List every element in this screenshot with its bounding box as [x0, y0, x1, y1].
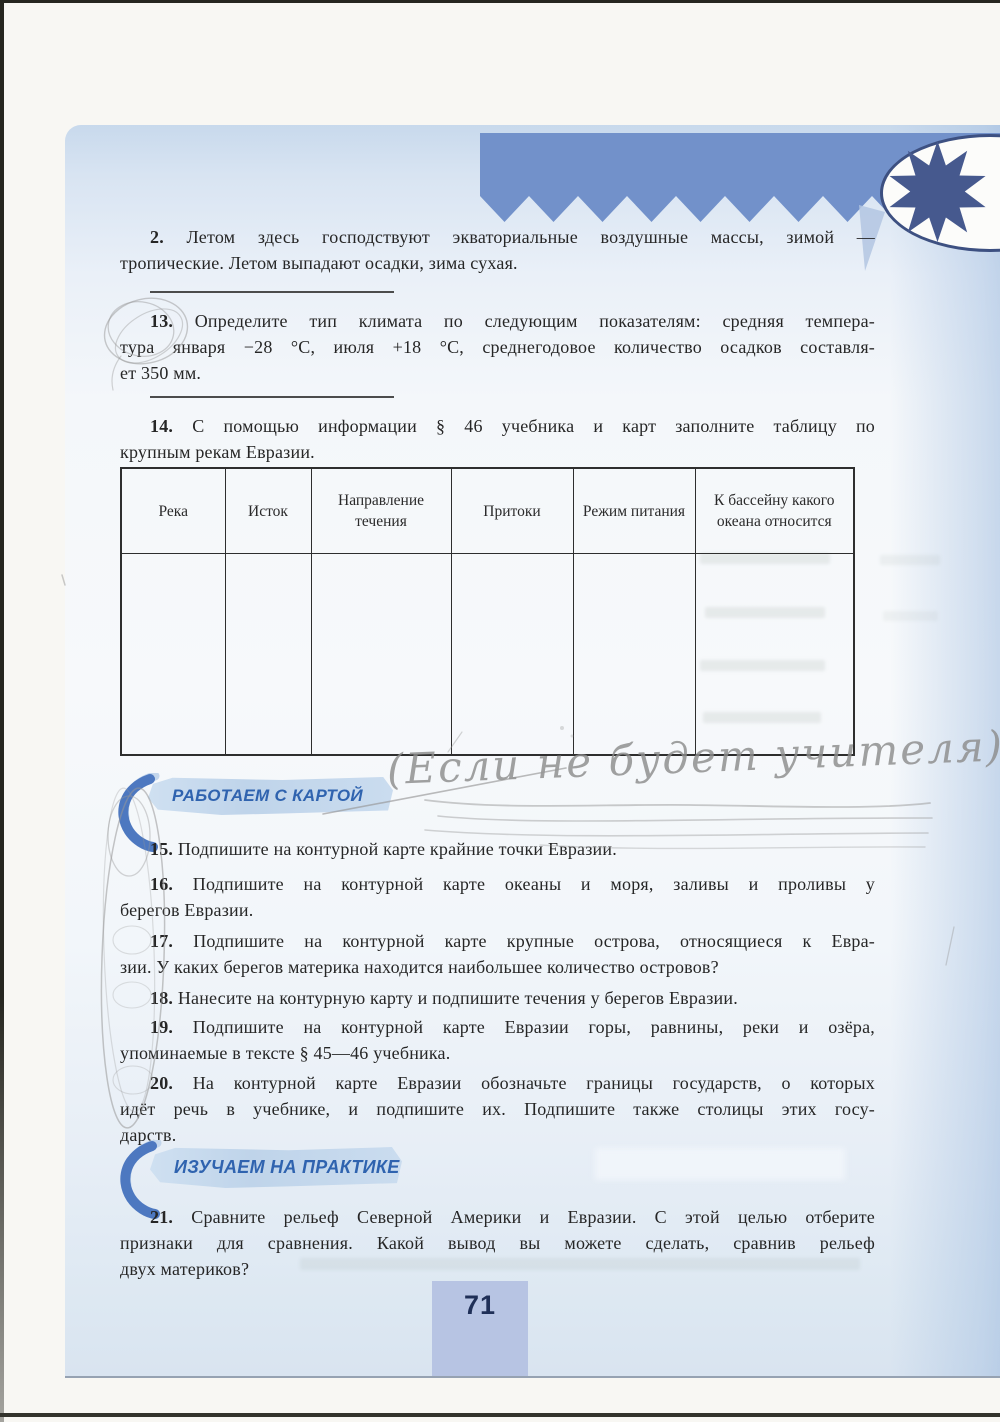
text-line: дарств.	[120, 1122, 875, 1148]
answer-blank-line	[150, 291, 394, 293]
exercise-19: 19. Подпишите на контурной карте Евразии…	[120, 1014, 875, 1066]
text-line: 15. Подпишите на контурной карте крайние…	[120, 836, 875, 862]
exercise-14: 14. С помощью информации § 46 учебника и…	[120, 413, 875, 465]
text-line: 17. Подпишите на контурной карте крупные…	[120, 928, 875, 954]
section-title: РАБОТАЕМ С КАРТОЙ	[148, 786, 363, 806]
text-line: признаки для сравнения. Какой вывод вы м…	[120, 1230, 875, 1256]
text-line: 20. На контурной карте Евразии обозначьт…	[120, 1070, 875, 1096]
text-line: двух материков?	[120, 1256, 875, 1282]
text-line: тропические. Летом выпадают осадки, зима…	[120, 250, 875, 276]
text-line: берегов Евразии.	[120, 897, 875, 923]
table-header-row: Река Исток Направление течения Притоки Р…	[121, 468, 854, 554]
showthrough	[880, 555, 940, 565]
exercise-number: 18.	[150, 988, 173, 1008]
exercise-number: 17.	[150, 931, 173, 951]
text-line: 14. С помощью информации § 46 учебника и…	[120, 413, 875, 439]
table-cell-empty	[225, 554, 311, 756]
table-header-cell: К бассейну какого океана относится	[695, 468, 854, 554]
exercise-number: 15.	[150, 839, 173, 859]
page-number-tab: 71	[432, 1281, 528, 1376]
rivers-table: Река Исток Направление течения Притоки Р…	[120, 467, 855, 756]
scan-edge-top	[0, 0, 1000, 3]
page-number: 71	[432, 1290, 528, 1321]
text-line: 2. Летом здесь господствуют экваториальн…	[120, 224, 875, 250]
exercise-2: 2. Летом здесь господствуют экваториальн…	[120, 224, 875, 276]
text-line: ет 350 мм.	[120, 360, 875, 386]
table-cell-empty	[451, 554, 573, 756]
text-line: 18. Нанесите на контурную карту и подпиш…	[120, 985, 875, 1011]
star-icon	[887, 141, 988, 242]
table-header-cell: Исток	[225, 468, 311, 554]
showthrough	[595, 1148, 845, 1180]
table-header-cell: Притоки	[451, 468, 573, 554]
scan-edge-left	[0, 0, 4, 1422]
text-line: 19. Подпишите на контурной карте Евразии…	[120, 1014, 875, 1040]
scan-edge-bottom	[0, 1413, 1000, 1417]
exercise-number: 13.	[150, 311, 173, 331]
exercise-number: 16.	[150, 874, 173, 894]
text-line: зии. У каких берегов материка находится …	[120, 954, 875, 980]
scanned-workbook-page: { "page_number": "71", "colors": { "zigz…	[0, 0, 1000, 1422]
text-line: 21. Сравните рельеф Северной Америки и Е…	[120, 1204, 875, 1230]
table-header-cell: Направление течения	[311, 468, 451, 554]
section-header-practice: ИЗУЧАЕМ НА ПРАКТИКЕ	[150, 1147, 402, 1188]
exercise-number: 20.	[150, 1073, 173, 1093]
exercise-number: 19.	[150, 1017, 173, 1037]
table-cell-empty	[573, 554, 695, 756]
exercise-17: 17. Подпишите на контурной карте крупные…	[120, 928, 875, 980]
exercise-16: 16. Подпишите на контурной карте океаны …	[120, 871, 875, 923]
exercise-21: 21. Сравните рельеф Северной Америки и Е…	[120, 1204, 875, 1282]
text-line: 13. Определите тип климата по следующим …	[120, 308, 875, 334]
section-title: ИЗУЧАЕМ НА ПРАКТИКЕ	[150, 1157, 400, 1178]
text-line: 16. Подпишите на контурной карте океаны …	[120, 871, 875, 897]
table-cell-empty	[121, 554, 225, 756]
answer-blank-line	[150, 396, 394, 398]
exercise-number: 21.	[150, 1207, 173, 1227]
exercise-15: 15. Подпишите на контурной карте крайние…	[120, 836, 875, 862]
exercise-number: 2.	[150, 227, 164, 247]
table-cell-empty	[695, 554, 854, 756]
section-header-map: РАБОТАЕМ С КАРТОЙ	[148, 777, 393, 815]
exercise-18: 18. Нанесите на контурную карту и подпиш…	[120, 985, 875, 1011]
table-body-row	[121, 554, 854, 756]
text-line: крупным рекам Евразии.	[120, 439, 875, 465]
text-line: упоминаемые в тексте § 45—46 учебника.	[120, 1040, 875, 1066]
table-cell-empty	[311, 554, 451, 756]
table-header-cell: Режим питания	[573, 468, 695, 554]
workbook-page: 2. Летом здесь господствуют экваториальн…	[65, 125, 1000, 1378]
exercise-13: 13. Определите тип климата по следующим …	[120, 308, 875, 386]
text-line: тура января −28 °С, июля +18 °С, среднег…	[120, 334, 875, 360]
text-line: идёт речь в учебнике, и подпишите их. По…	[120, 1096, 875, 1122]
table-header-cell: Река	[121, 468, 225, 554]
showthrough	[883, 611, 938, 621]
exercise-number: 14.	[150, 416, 173, 436]
exercise-20: 20. На контурной карте Евразии обозначьт…	[120, 1070, 875, 1148]
